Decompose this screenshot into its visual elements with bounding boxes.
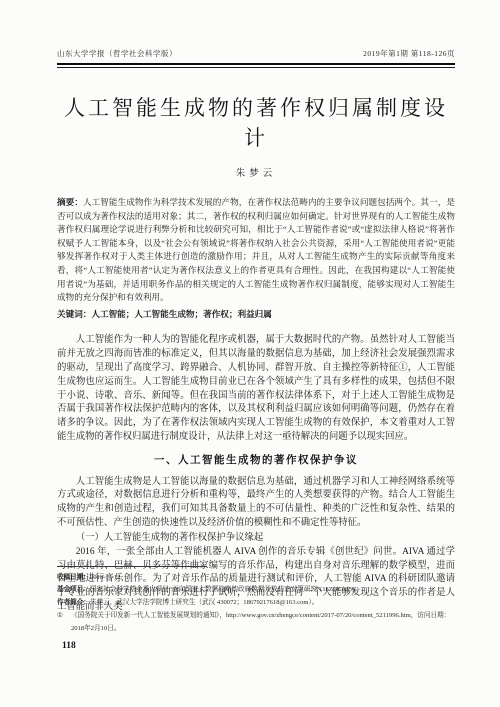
journal-name: 山东大学学报（哲学社会科学版）	[57, 48, 177, 59]
article-title: 人工智能生成物的著作权归属制度设计	[57, 92, 455, 152]
fund-line: 基金项目：国家社会科学基金重大项目“面向国家大数据战略的政府数据开放共享对策研究…	[57, 584, 460, 596]
header-divider	[57, 63, 455, 68]
received-date: 2018-11-12	[90, 574, 121, 581]
received-label: 收稿日期：	[57, 574, 90, 581]
fund-text: 国家社会科学基金重大项目“面向国家大数据战略的政府数据开放共享对策研究”(16Z…	[90, 586, 361, 593]
author-bio-line: 作者简介：朱梦云，武汉大学法学院博士研究生（武汉 430072；18679217…	[57, 597, 460, 609]
keywords-text: 人工智能；人工智能生成物；著作权；利益归属	[91, 309, 271, 319]
author-bio-text: 朱梦云，武汉大学法学院博士研究生（武汉 430072；18679217618@1…	[90, 599, 318, 606]
footnote-1-text: 《国务院关于印发新一代人工智能发展规划的通知》，http://www.gov.c…	[71, 610, 460, 635]
journal-page: 山东大学学报（哲学社会科学版） 2019年第1期 第118-126页 人工智能生…	[0, 0, 500, 707]
author-name: 朱梦云	[57, 165, 455, 179]
author-bio-label: 作者简介：	[57, 599, 90, 606]
fund-label: 基金项目：	[57, 586, 90, 593]
section-heading: 一、人工智能生成物的著作权保护争议	[57, 454, 455, 468]
running-header: 山东大学学报（哲学社会科学版） 2019年第1期 第118-126页	[57, 48, 455, 59]
abstract-text: 人工智能生成物作为科学技术发展的产物，在著作权法范畴内的主要争议问题包括两个。其…	[57, 197, 455, 302]
keywords-label: 关键词：	[57, 309, 91, 319]
footnote-1: ① 《国务院关于印发新一代人工智能发展规划的通知》，http://www.gov…	[57, 610, 460, 635]
issue-info: 2019年第1期 第118-126页	[363, 48, 455, 59]
footnote-area: 收稿日期：2018-11-12 基金项目：国家社会科学基金重大项目“面向国家大数…	[57, 566, 460, 635]
footnote-divider	[57, 566, 207, 567]
footnote-1-marker: ①	[57, 610, 71, 635]
abstract-label: 摘要：	[57, 197, 83, 207]
keywords: 关键词：人工智能；人工智能生成物；著作权；利益归属	[57, 308, 455, 322]
subsection-heading: （一）人工智能生成物的著作权保护争议缘起	[57, 531, 455, 546]
received-date-line: 收稿日期：2018-11-12	[57, 572, 460, 584]
body-paragraph: 人工智能作为一种人为的智能化程序或机器，属于大数据时代的产物。虽然针对人工智能当…	[57, 334, 455, 444]
abstract: 摘要：人工智能生成物作为科学技术发展的产物，在著作权法范畴内的主要争议问题包括两…	[57, 196, 455, 305]
page-number: 118	[62, 641, 76, 651]
body-paragraph: 人工智能生成物是人工智能以海量的数据信息为基础，通过机器学习和人工神经网络系统等…	[57, 476, 455, 531]
